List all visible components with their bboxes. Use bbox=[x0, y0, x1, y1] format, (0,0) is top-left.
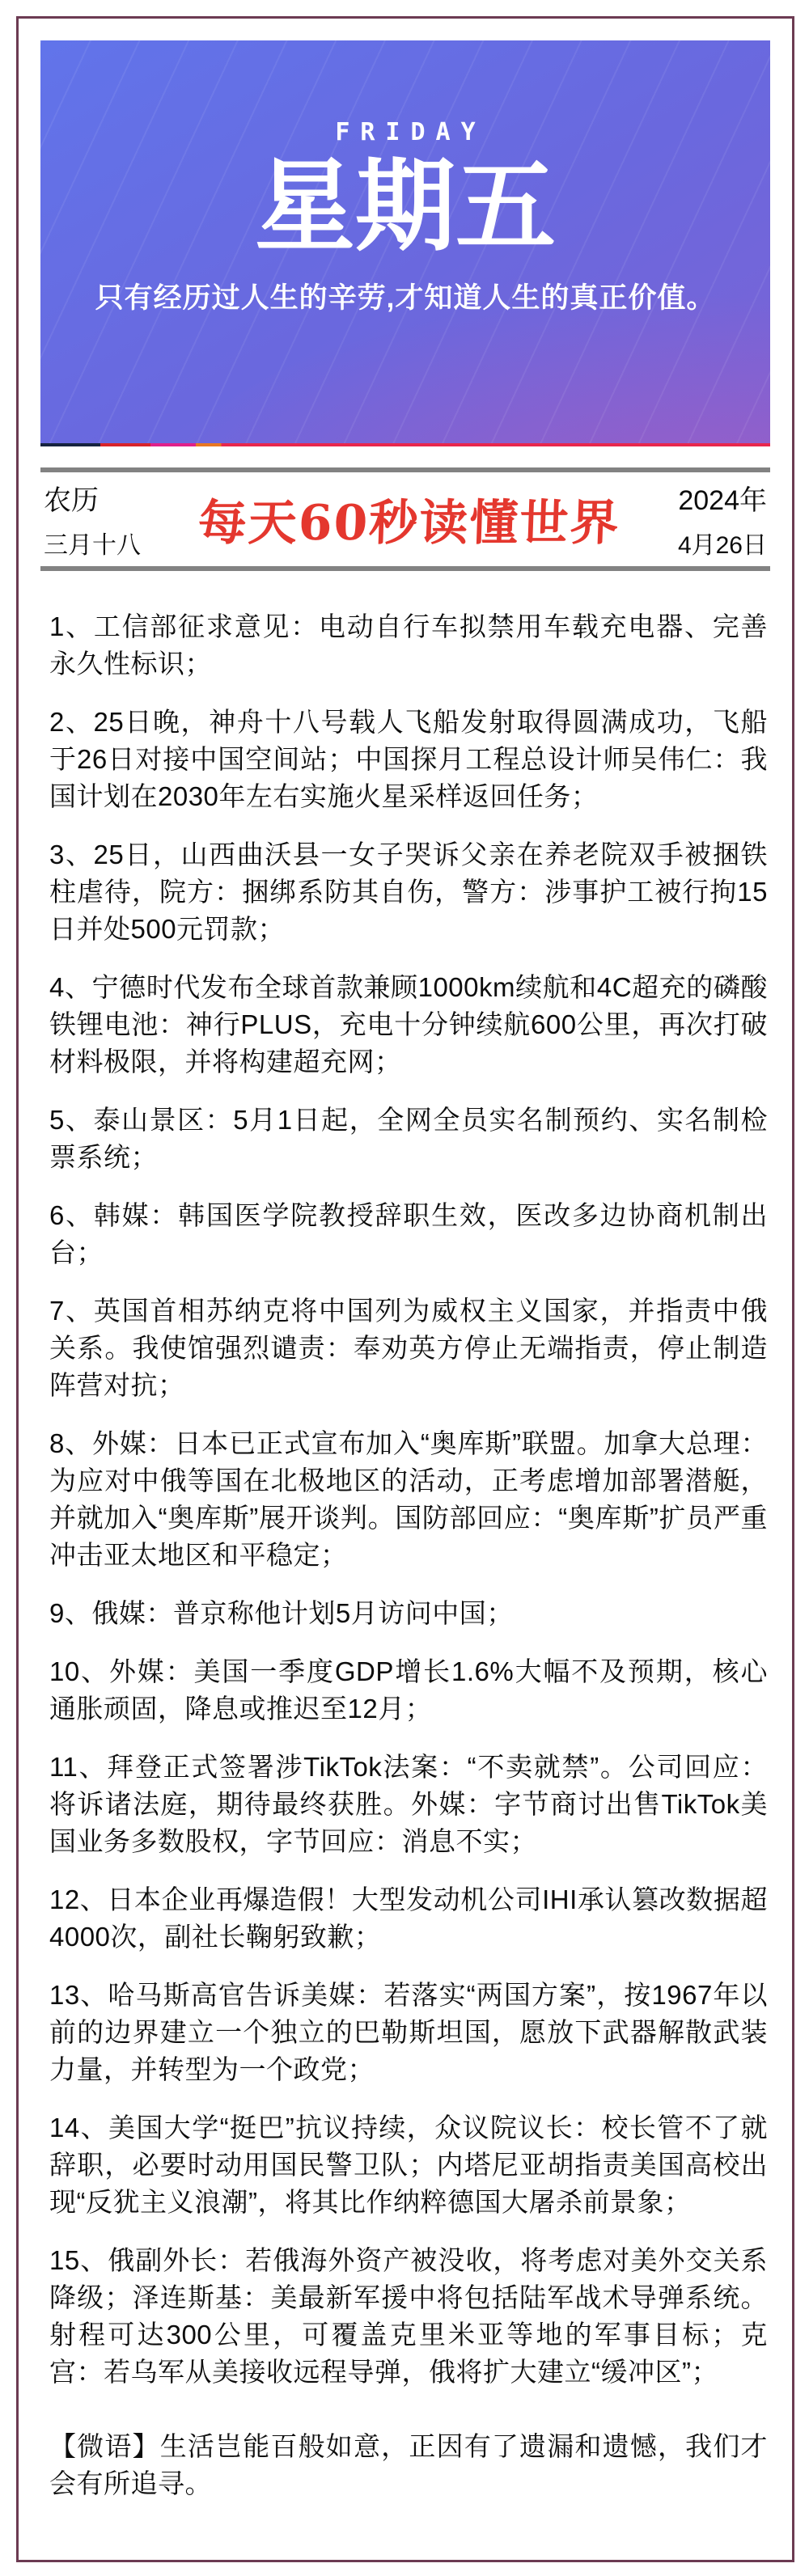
lunar-date-column: 农历 三月十八 bbox=[44, 478, 141, 560]
weekday-banner: FRIDAY 星期五 只有经历过人生的辛劳,才知道人生的真正价值。 bbox=[40, 40, 770, 446]
banner-bottom-stripe bbox=[40, 443, 770, 446]
banner-quote: 只有经历过人生的辛劳,才知道人生的真正价值。 bbox=[95, 276, 716, 316]
dateline-bar: 农历 三月十八 每天60秒读懂世界 2024年 4月26日 bbox=[40, 467, 770, 571]
footer-section: 【微语】生活岂能百般如意，正因有了遗漏和遗憾，我们才会有所追寻。 bbox=[19, 2412, 792, 2502]
footer-micro-words: 【微语】生活岂能百般如意，正因有了遗漏和遗憾，我们才会有所追寻。 bbox=[49, 2428, 768, 2502]
news-item-4: 4、宁德时代发布全球首款兼顾1000km续航和4C超充的磷酸铁锂电池：神行PLU… bbox=[49, 969, 768, 1081]
daily-news-title: 每天60秒读懂世界 bbox=[197, 484, 622, 554]
news-item-1: 1、工信部征求意见：电动自行车拟禁用车载充电器、完善永久性标识； bbox=[49, 608, 768, 683]
gregorian-date-column: 2024年 4月26日 bbox=[678, 478, 767, 560]
news-item-15: 15、俄副外长：若俄海外资产被没收，将考虑对美外交关系降级；泽连斯基：美最新军援… bbox=[49, 2242, 768, 2391]
news-item-13: 13、哈马斯高官告诉美媒：若落实“两国方案”，按1967年以前的边界建立一个独立… bbox=[49, 1977, 768, 2088]
news-item-10: 10、外媒：美国一季度GDP增长1.6%大幅不及预期，核心通胀顽固，降息或推迟至… bbox=[49, 1653, 768, 1728]
news-item-8: 8、外媒：日本已正式宣布加入“奥库斯”联盟。加拿大总理：为应对中俄等国在北极地区… bbox=[49, 1425, 768, 1574]
news-item-14: 14、美国大学“挺巴”抗议持续，众议院议长：校长管不了就辞职，必要时动用国民警卫… bbox=[49, 2109, 768, 2221]
news-item-11: 11、拜登正式签署涉TikTok法案：“不卖就禁”。公司回应：将诉诸法庭，期待最… bbox=[49, 1749, 768, 1860]
news-item-12: 12、日本企业再爆造假！大型发动机公司IHI承认篡改数据超4000次，副社长鞠躬… bbox=[49, 1881, 768, 1956]
news-card-frame: FRIDAY 星期五 只有经历过人生的辛劳,才知道人生的真正价值。 农历 三月十… bbox=[16, 16, 794, 2562]
weekday-english-label: FRIDAY bbox=[324, 118, 485, 146]
lunar-date-value: 三月十八 bbox=[44, 525, 141, 560]
year-value: 2024年 bbox=[678, 478, 767, 518]
news-item-6: 6、韩媒：韩国医学院教授辞职生效，医改多边协商机制出台； bbox=[49, 1197, 768, 1271]
news-item-2: 2、25日晚，神舟十八号载人飞船发射取得圆满成功，飞船于26日对接中国空间站；中… bbox=[49, 704, 768, 815]
news-item-5: 5、泰山景区：5月1日起，全网全员实名制预约、实名制检票系统； bbox=[49, 1102, 768, 1176]
date-value: 4月26日 bbox=[678, 525, 767, 560]
news-item-7: 7、英国首相苏纳克将中国列为威权主义国家，并指责中俄关系。我使馆强烈谴责：奉劝英… bbox=[49, 1292, 768, 1404]
dateline-row: 农历 三月十八 每天60秒读懂世界 2024年 4月26日 bbox=[40, 472, 770, 566]
news-item-9: 9、俄媒：普京称他计划5月访问中国； bbox=[49, 1595, 768, 1632]
news-list: 1、工信部征求意见：电动自行车拟禁用车载充电器、完善永久性标识； 2、25日晚，… bbox=[19, 571, 792, 2391]
lunar-calendar-label: 农历 bbox=[44, 478, 141, 518]
news-item-3: 3、25日，山西曲沃县一女子哭诉父亲在养老院双手被捆铁柱虐待，院方：捆绑系防其自… bbox=[49, 836, 768, 948]
weekday-chinese-title: 星期五 bbox=[255, 151, 556, 263]
